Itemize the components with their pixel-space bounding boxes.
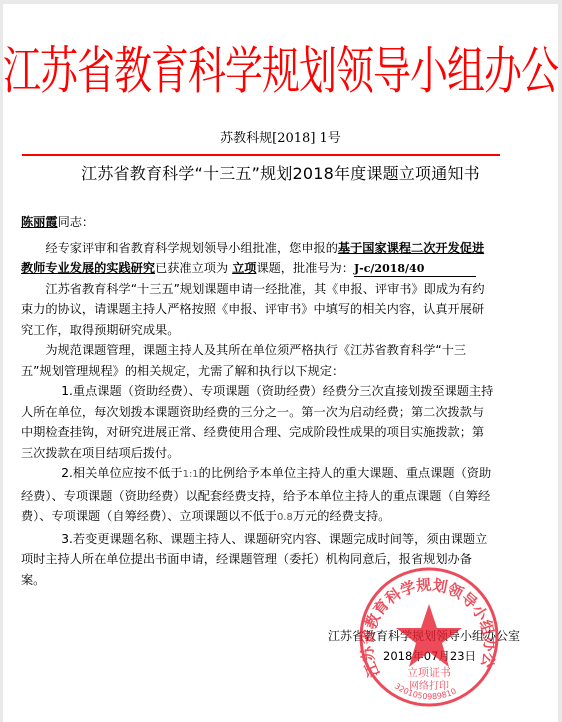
rule-3: 3.若变更课题名称、课题主持人、课题研究内容、课题完成时间等，须由课题立项时主持… — [21, 529, 494, 591]
approval-text-before: 经专家评审和省教育科学规划领导小组批准，您申报的 — [45, 241, 338, 255]
rule-text: 重点课题（资助经费）、专项课题（资助经费）经费分三次直接划拨至课题主持人所在单位… — [21, 384, 493, 460]
seal-inner-line2: 网络打印 — [409, 679, 449, 692]
rule-text-before: 相关单位应按不低于 — [73, 466, 183, 480]
agreement-paragraph: 江苏省教育科学“十三五”规划课题申请一经批准，其《申报、评审书》即成为有约束力的… — [21, 279, 494, 341]
rule-1: 1.重点课题（资助经费）、专项课题（资助经费）经费分三次直接划拨至课题主持人所在… — [21, 381, 494, 463]
rule-number: 2. — [61, 466, 73, 480]
rule-2: 2.相关单位应按不低于1:1的比例给予本单位主持人的重大课题、重点课题（资助经费… — [21, 463, 494, 529]
svg-text:3201050989810: 3201050989810 — [393, 681, 458, 701]
seal-inner-line1: 立项证书 — [407, 665, 451, 679]
notice-title: 江苏省教育科学“十三五”规划2018年度课题立项通知书 — [3, 161, 558, 184]
red-divider — [22, 154, 500, 156]
funding-ratio: 1:1 — [183, 469, 199, 480]
rule-number: 1. — [61, 384, 73, 398]
rule-text: 若变更课题名称、课题主持人、课题研究内容、课题完成时间等，须由课题立项时主持人所… — [21, 532, 487, 587]
salutation-suffix: 同志： — [58, 215, 95, 229]
approval-text-after: 课题，批准号为： — [256, 261, 354, 275]
rule-number: 3. — [61, 532, 73, 546]
seal-serial: 3201050989810 — [393, 681, 458, 701]
letter-body: 陈丽霞同志： 经专家评审和省教育科学规划领导小组批准，您申报的基于国家课程二次开… — [21, 212, 494, 590]
document-page: 江苏省教育科学规划领导小组办公室 苏教科规[2018] 1号 江苏省教育科学“十… — [3, 4, 558, 722]
approval-text-middle: 已获准立项为 — [155, 261, 232, 275]
recipient-name: 陈丽霞 — [21, 215, 58, 229]
masthead-title: 江苏省教育科学规划领导小组办公室 — [3, 44, 558, 98]
project-type: 立项 — [232, 261, 256, 275]
approval-number: J-c/2018/40 — [354, 261, 476, 277]
salutation: 陈丽霞同志： — [21, 212, 494, 233]
signature-organization: 江苏省教育科学规划领导小组办公室 — [328, 627, 520, 644]
funding-amount: 0.8 — [277, 512, 293, 523]
document-number: 苏教科规[2018] 1号 — [3, 127, 558, 146]
rule-text-after: 万元的经费支持。 — [293, 509, 391, 523]
regulation-intro-paragraph: 为规范课题管理，课题主持人及其所在单位须严格执行《江苏省教育科学“十三五”规划管… — [21, 340, 494, 381]
signature-date: 2018年07月23日 — [383, 648, 476, 664]
approval-paragraph: 经专家评审和省教育科学规划领导小组批准，您申报的基于国家课程二次开发促进教师专业… — [21, 238, 494, 279]
